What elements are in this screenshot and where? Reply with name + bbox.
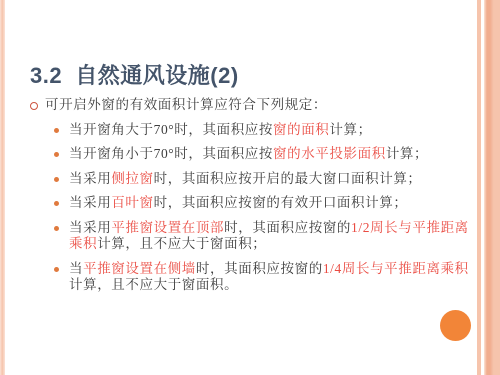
dot-bullet-icon [54,152,59,157]
bullet-marker-box [54,171,69,182]
highlighted-text-segment: 1/4周长与平推距离乘积 [323,261,469,276]
dot-bullet-icon [54,128,59,133]
right-accent-bar [484,0,500,375]
highlighted-text-segment: 窗的面积 [273,122,329,137]
dot-bullet-icon [54,201,59,206]
highlighted-text-segment: 侧拉窗 [111,171,153,186]
bullet-item: 当采用百叶窗时，其面积应按窗的有效开口面积计算； [28,195,472,212]
bullet-text: 当采用百叶窗时，其面积应按窗的有效开口面积计算； [69,195,472,212]
bullet-marker-box [54,220,69,231]
bullet-item: 当开窗角小于70°时，其面积应按窗的水平投影面积计算； [28,146,472,163]
dot-bullet-icon [54,226,59,231]
dot-bullet-icon [54,177,59,182]
orange-circle-decoration [440,310,471,341]
text-segment: 当采用 [69,171,111,186]
text-segment: 时，其面积应按开启的最大窗口面积计算； [154,171,422,186]
text-segment: 计算，且不应大于窗面积。 [69,277,238,292]
bullet-item: 可开启外窗的有效面积计算应符合下列规定： [28,97,472,114]
bullet-marker-box [54,261,69,272]
text-segment: 当采用 [69,195,111,210]
text-segment: 计算； [329,122,371,137]
bullet-item: 当开窗角大于70°时，其面积应按窗的面积计算； [28,122,472,139]
text-segment: 可开启外窗的有效面积计算应符合下列规定： [45,97,327,112]
slide-title: 3.2 自然通风设施(2) [30,59,239,90]
bullet-text: 当采用平推窗设置在顶部时，其面积应按窗的1/2周长与平推距离乘积计算，且不应大于… [69,220,472,253]
text-segment: 计算，且不应大于窗面积； [97,236,266,251]
circle-bullet-icon [30,102,38,110]
highlighted-text-segment: 平推窗设置在侧墙 [83,261,196,276]
text-segment: 当采用 [69,220,111,235]
bullet-marker-box [30,97,45,110]
bullet-marker-box [54,122,69,133]
text-segment: 计算； [386,146,428,161]
text-segment: 当开窗角小于70°时，其面积应按 [69,146,273,161]
text-segment: 时，其面积应按窗的有效开口面积计算； [154,195,408,210]
text-segment: 当开窗角大于70°时，其面积应按 [69,122,273,137]
bullet-text: 当开窗角大于70°时，其面积应按窗的面积计算； [69,122,472,139]
bullet-marker-box [54,195,69,206]
bullet-list: 可开启外窗的有效面积计算应符合下列规定：当开窗角大于70°时，其面积应按窗的面积… [28,97,472,302]
bullet-item: 当采用侧拉窗时，其面积应按开启的最大窗口面积计算； [28,171,472,188]
bullet-text: 当平推窗设置在侧墙时，其面积应按窗的1/4周长与平推距离乘积计算，且不应大于窗面… [69,261,472,294]
bullet-item: 当采用平推窗设置在顶部时，其面积应按窗的1/2周长与平推距离乘积计算，且不应大于… [28,220,472,253]
left-accent-stripe [0,0,5,375]
dot-bullet-icon [54,267,59,272]
right-accent-thin-stripe [477,0,481,375]
text-segment: 时，其面积应按窗的 [196,261,323,276]
bullet-marker-box [54,146,69,157]
bullet-text: 可开启外窗的有效面积计算应符合下列规定： [45,97,472,114]
text-segment: 当 [69,261,83,276]
bullet-text: 当采用侧拉窗时，其面积应按开启的最大窗口面积计算； [69,171,472,188]
highlighted-text-segment: 平推窗设置在顶部 [111,220,224,235]
text-segment: 时，其面积应按窗的 [224,220,351,235]
bullet-item: 当平推窗设置在侧墙时，其面积应按窗的1/4周长与平推距离乘积计算，且不应大于窗面… [28,261,472,294]
slide: { "slide": { "title": "3.2 自然通风设施(2)", "… [0,0,500,375]
highlighted-text-segment: 百叶窗 [111,195,153,210]
bullet-text: 当开窗角小于70°时，其面积应按窗的水平投影面积计算； [69,146,472,163]
highlighted-text-segment: 窗的水平投影面积 [273,146,386,161]
